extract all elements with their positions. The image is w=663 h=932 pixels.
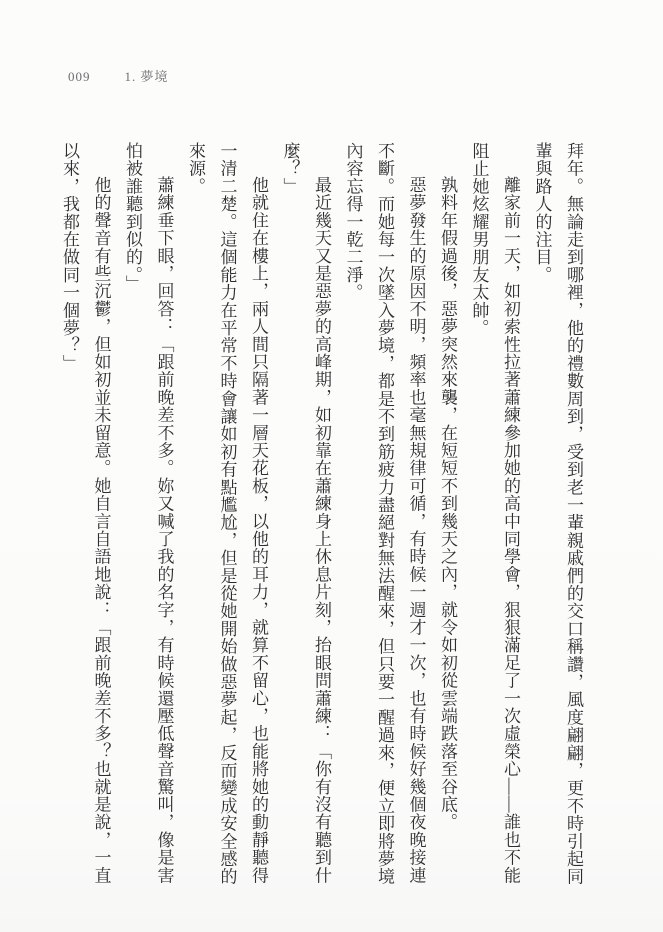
paragraph-1: 拜年。無論走到哪裡，他的禮數周到，受到老一輩親戚們的交口稱讚，風度翩翩，更不時引… (526, 142, 589, 889)
page-number: 009 (68, 69, 91, 84)
vertical-text-body: 拜年。無論走到哪裡，他的禮數周到，受到老一輩親戚們的交口稱讚，風度翩翩，更不時引… (54, 142, 590, 889)
book-page: 0091. 夢境 拜年。無論走到哪裡，他的禮數周到，受到老一輩親戚們的交口稱讚，… (0, 0, 663, 932)
paragraph-7: 蕭練垂下眼，回答：「跟前晚差不多。妳又喊了我的名字，有時候還壓低聲音驚叫，像是害… (117, 142, 180, 889)
paragraph-4: 惡夢發生的原因不明，頻率也毫無規律可循，有時候一週才一次，也有時候好幾個夜晚接連… (337, 142, 432, 889)
paragraph-5: 最近幾天又是惡夢的高峰期，如初靠在蕭練身上休息片刻，抬眼問蕭練：「你有沒有聽到什… (274, 142, 337, 889)
paragraph-2: 離家前一天，如初索性拉著蕭練參加她的高中同學會，狠狠滿足了一次虛榮心——誰也不能… (463, 142, 526, 889)
paragraph-3: 孰料年假過後，惡夢突然來襲，在短短不到幾天之內，就令如初從雲端跌落至谷底。 (432, 142, 464, 889)
paragraph-8: 他的聲音有些沉鬱，但如初並未留意。她自言自語地說：「跟前晚差不多？也就是說，一直… (54, 142, 117, 889)
running-head: 0091. 夢境 (68, 66, 169, 85)
paragraph-6: 他就住在樓上，兩人間只隔著一層天花板，以他的耳力，就算不留心，也能將她的動靜聽得… (180, 142, 275, 889)
chapter-title: 1. 夢境 (125, 69, 169, 84)
